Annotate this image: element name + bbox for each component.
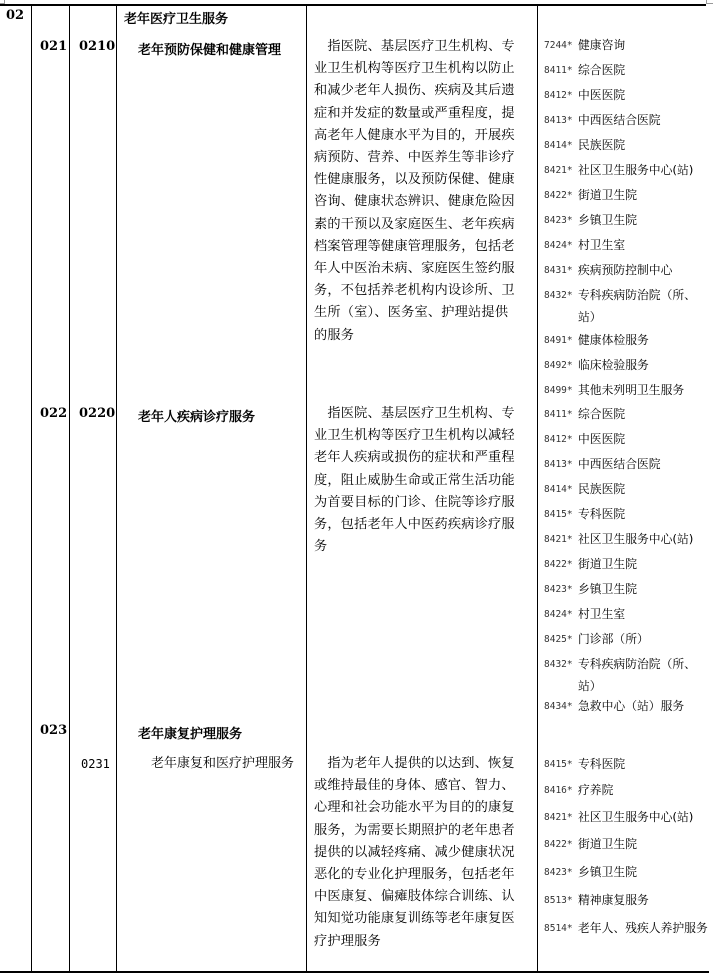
description-line: 服务，为需要长期照护的老年患者 — [314, 820, 536, 842]
industry-item: 8431*疾病预防控制中心 — [544, 259, 712, 282]
industry-code-list: 8415*专科医院 8416*疗养院 8421*社区卫生服务中心(站) 8422… — [544, 753, 712, 965]
description-line: 素的干预以及家庭医生、老年疾病 — [314, 214, 536, 236]
column-divider — [116, 5, 117, 972]
description-line: 或维持最佳的身体、感官、智力、 — [314, 775, 536, 797]
industry-item: 8422*街道卫生院 — [544, 553, 712, 576]
industry-item: 8412*中医医院 — [544, 428, 712, 451]
description-line: 症和并发症的数量或严重程度，提 — [314, 103, 536, 125]
industry-item: 8423*乡镇卫生院 — [544, 578, 712, 601]
industry-item: 8424*村卫生室 — [544, 234, 712, 257]
industry-item: 8423*乡镇卫生院 — [544, 209, 712, 232]
industry-item: 8432*专科疾病防治院（所、站） — [544, 653, 712, 697]
category-description: 指医院、基层医疗卫生机构、专 业卫生机构等医疗卫生机构以减轻 老年人疾病或损伤的… — [314, 403, 536, 558]
description-line: 高老年人健康水平为目的，开展疾 — [314, 125, 536, 147]
description-line: 指医院、基层医疗卫生机构、专 — [314, 36, 536, 58]
crop-mark-top-right — [706, 0, 713, 4]
description-line: 为首要目标的门诊、住院等诊疗服 — [314, 492, 536, 514]
description-line: 知知觉功能康复训练等老年康复医 — [314, 908, 536, 930]
level3-code: 0220 — [79, 406, 115, 421]
industry-item: 8425*门诊部（所） — [544, 628, 712, 651]
level2-code: 023 — [40, 723, 67, 738]
subcategory-name: 老年康复和医疗护理服务 — [123, 753, 303, 775]
category-name: 老年康复护理服务 — [138, 723, 242, 742]
description-line: 业卫生机构等医疗卫生机构以防止 — [314, 58, 536, 80]
description-line: 务，不包括养老机构内设诊所、卫 — [314, 280, 536, 302]
description-line: 咨询、健康状态辨识、健康危险因 — [314, 191, 536, 213]
industry-item: 8422*街道卫生院 — [544, 833, 712, 856]
category-description: 指医院、基层医疗卫生机构、专 业卫生机构等医疗卫生机构以防止 和减少老年人损伤、… — [314, 36, 536, 347]
description-line: 恶化的专业化护理服务，包括老年 — [314, 864, 536, 886]
industry-item: 8412*中医医院 — [544, 84, 712, 107]
description-line: 业卫生机构等医疗卫生机构以减轻 — [314, 425, 536, 447]
description-line: 度，阻止威胁生命或正常生活功能 — [314, 470, 536, 492]
industry-item: 8421*社区卫生服务中心(站) — [544, 806, 712, 829]
description-line: 性健康服务，以及预防保健、健康 — [314, 169, 536, 191]
description-line: 务，包括老年人中医药疾病诊疗服 — [314, 514, 536, 536]
description-line: 和减少老年人损伤、疾病及其后遗 — [314, 80, 536, 102]
description-line: 指医院、基层医疗卫生机构、专 — [314, 403, 536, 425]
level2-code: 022 — [40, 406, 67, 421]
industry-item: 8414*民族医院 — [544, 134, 712, 157]
industry-item: 8415*专科医院 — [544, 503, 712, 526]
description-line: 年人中医治未病、家庭医生签约服 — [314, 258, 536, 280]
column-divider — [537, 5, 538, 972]
description-line: 中医康复、偏瘫肢体综合训练、认 — [314, 886, 536, 908]
description-line: 务 — [314, 536, 536, 558]
industry-item: 8514*老年人、残疾人养护服务 — [544, 917, 712, 940]
industry-item: 8414*民族医院 — [544, 478, 712, 501]
description-line: 档案管理等健康管理服务，包括老 — [314, 236, 536, 258]
level3-code: 0231 — [81, 757, 110, 771]
industry-item: 8416*疗养院 — [544, 779, 712, 802]
description-line: 老年人疾病或损伤的症状和严重程 — [314, 447, 536, 469]
industry-item: 8424*村卫生室 — [544, 603, 712, 626]
description-line: 生所（室）、医务室、护理站提供 — [314, 302, 536, 324]
table-bottom-border — [0, 971, 709, 973]
column-divider — [69, 5, 70, 972]
level3-code: 0210 — [79, 39, 115, 54]
industry-item: 8432*专科疾病防治院（所、站） — [544, 284, 712, 328]
industry-item: 8413*中西医结合医院 — [544, 109, 712, 132]
description-line: 疗护理服务 — [314, 931, 536, 953]
level1-name: 老年医疗卫生服务 — [124, 8, 228, 27]
industry-item: 7244*健康咨询 — [544, 34, 712, 57]
description-line: 指为老年人提供的以达到、恢复 — [314, 753, 536, 775]
category-name: 老年人疾病诊疗服务 — [138, 406, 255, 425]
industry-item: 8492*临床检验服务 — [544, 354, 712, 377]
description-line: 的服务 — [314, 325, 536, 347]
industry-item: 8421*社区卫生服务中心(站) — [544, 159, 712, 182]
industry-item: 8434*急救中心（站）服务 — [544, 695, 712, 718]
industry-item: 8411*综合医院 — [544, 59, 712, 82]
column-divider — [31, 5, 32, 972]
industry-item: 8421*社区卫生服务中心(站) — [544, 528, 712, 551]
industry-item: 8415*专科医院 — [544, 753, 712, 776]
industry-item: 8411*综合医院 — [544, 403, 712, 426]
table-top-border — [0, 4, 706, 6]
industry-item: 8513*精神康复服务 — [544, 889, 712, 912]
description-line: 病预防、营养、中医养生等非诊疗 — [314, 147, 536, 169]
industry-item: 8499*其他未列明卫生服务 — [544, 379, 712, 402]
description-line: 提供的以减轻疼痛、减少健康状况 — [314, 842, 536, 864]
industry-item: 8413*中西医结合医院 — [544, 453, 712, 476]
industry-code-list: 7244*健康咨询 8411*综合医院 8412*中医医院 8413*中西医结合… — [544, 34, 712, 404]
level1-code: 02 — [6, 8, 24, 23]
industry-item: 8423*乡镇卫生院 — [544, 861, 712, 884]
industry-item: 8422*街道卫生院 — [544, 184, 712, 207]
industry-code-list: 8411*综合医院 8412*中医医院 8413*中西医结合医院 8414*民族… — [544, 403, 712, 713]
description-line: 心理和社会功能水平为目的的康复 — [314, 797, 536, 819]
column-divider — [306, 5, 307, 972]
category-description: 指为老年人提供的以达到、恢复 或维持最佳的身体、感官、智力、 心理和社会功能水平… — [314, 753, 536, 953]
industry-item: 8491*健康体检服务 — [544, 329, 712, 352]
category-name: 老年预防保健和健康管理 — [138, 39, 281, 58]
level2-code: 021 — [40, 39, 67, 54]
